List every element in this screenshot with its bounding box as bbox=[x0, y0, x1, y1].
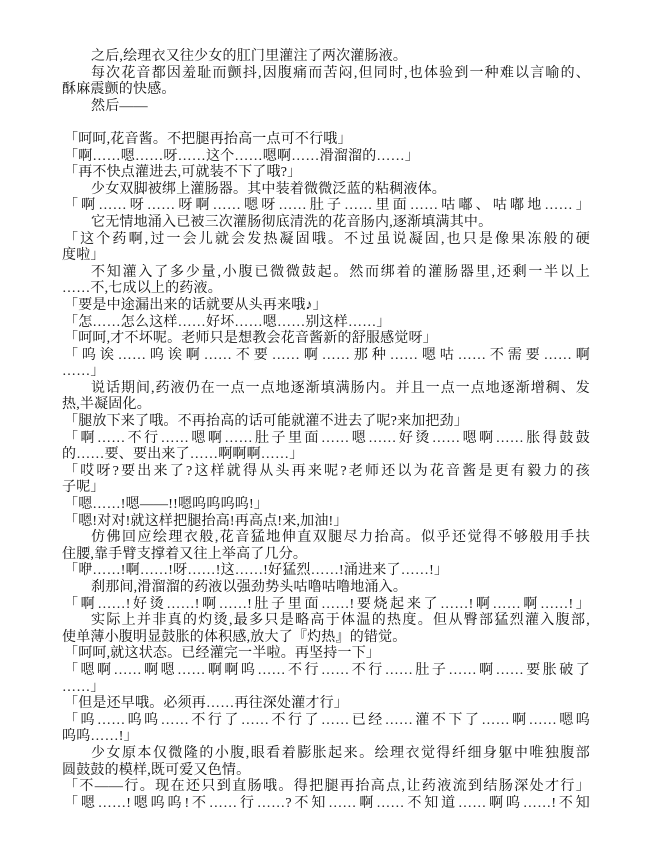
dialogue-line: 「呵呵,就这状态。已经灌完一半啦。再坚持一下」 bbox=[62, 646, 590, 663]
narration-line: ……不,七成以上的药液。 bbox=[62, 281, 590, 298]
dialogue-line: 「腿放下来了哦。不再抬高的话可能就灌不进去了呢?来加把劲」 bbox=[62, 414, 590, 431]
text-block: 之后,绘理衣又往少女的肛门里灌注了两次灌肠液。每次花音都因羞耻而颤抖,因腹痛而苦… bbox=[62, 49, 590, 812]
narration-line: ……」 bbox=[62, 364, 590, 381]
narration-line: 之后,绘理衣又往少女的肛门里灌注了两次灌肠液。 bbox=[62, 49, 590, 66]
narration-line: 使单薄小腹明显鼓胀的体积感,放大了『灼热』的错觉。 bbox=[62, 630, 590, 647]
dialogue-line: 「呜诶……呜诶啊……不要……啊……那种……嗯咕……不需要……啊 bbox=[62, 348, 590, 365]
dialogue-line: 「但是还早哦。必须再……再往深处灌才行」 bbox=[62, 696, 590, 713]
dialogue-line: 「不——行。现在还只到直肠哦。得把腿再抬高点,让药液流到结肠深处才行」 bbox=[62, 779, 590, 796]
blank-line bbox=[62, 115, 590, 132]
dialogue-line: 「啊……!好烫……!啊……!肚子里面……!要烧起来了……!啊……啊……!」 bbox=[62, 597, 590, 614]
dialogue-line: 「这个药啊,过一会儿就会发热凝固哦。不过虽说凝固,也只是像果冻般的硬 bbox=[62, 232, 590, 249]
narration-line: 圆鼓鼓的模样,既可爱又色情。 bbox=[62, 763, 590, 780]
document-page: 之后,绘理衣又往少女的肛门里灌注了两次灌肠液。每次花音都因羞耻而颤抖,因腹痛而苦… bbox=[0, 0, 650, 850]
dialogue-line: 「再不快点灌进去,可就装不下了哦?」 bbox=[62, 165, 590, 182]
narration-line: 实际上并非真的灼烫,最多只是略高于体温的热度。但从臀部猛烈灌入腹部, bbox=[62, 613, 590, 630]
dialogue-line: 「呵呵,花音酱。不把腿再抬高一点可不行哦」 bbox=[62, 132, 590, 149]
dialogue-line: 「啊……嗯……呀……这个……嗯啊……滑溜溜的……」 bbox=[62, 149, 590, 166]
narration-line: 的……要、要出来了……啊啊啊……」 bbox=[62, 447, 590, 464]
narration-line: 酥麻震颤的快感。 bbox=[62, 82, 590, 99]
dialogue-line: 「嗯!对对!就这样把腿抬高!再高点!来,加油!」 bbox=[62, 514, 590, 531]
narration-line: 它无情地涌入已被三次灌肠彻底清洗的花音肠内,逐渐填满其中。 bbox=[62, 215, 590, 232]
dialogue-line: 「啊……呀……呀啊……嗯呀……肚子……里面……咕嘟、咕嘟地……」 bbox=[62, 198, 590, 215]
narration-line: 仿佛回应绘理衣般,花音猛地伸直双腿尽力抬高。似乎还觉得不够般用手扶 bbox=[62, 530, 590, 547]
narration-line: 少女双脚被绑上灌肠器。其中装着微微泛蓝的粘稠液体。 bbox=[62, 182, 590, 199]
narration-line: 说话期间,药液仍在一点一点地逐渐填满肠内。并且一点一点地逐渐增稠、发 bbox=[62, 381, 590, 398]
dialogue-line: 「嗯啊……啊嗯……啊啊呜……不行……不行……肚子……啊……要胀破了 bbox=[62, 663, 590, 680]
narration-line: 住腰,靠手臂支撑着又往上举高了几分。 bbox=[62, 547, 590, 564]
narration-line: 少女原本仅微隆的小腹,眼看着膨胀起来。绘理衣觉得纤细身躯中唯独腹部 bbox=[62, 746, 590, 763]
dialogue-line: 「怎……怎么这样……好坏……嗯……别这样……」 bbox=[62, 315, 590, 332]
dialogue-line: 「哎呀?要出来了?这样就得从头再来呢?老师还以为花音酱是更有毅力的孩 bbox=[62, 464, 590, 481]
narration-line: 然后—— bbox=[62, 99, 590, 116]
narration-line: ……」 bbox=[62, 680, 590, 697]
narration-line: 度啦」 bbox=[62, 248, 590, 265]
narration-line: 子呢」 bbox=[62, 480, 590, 497]
dialogue-line: 「嗯……!嗯呜呜!不……行……?不知……啊……不知道……啊呜……!不知 bbox=[62, 796, 590, 813]
dialogue-line: 「呜……呜呜……不行了……不行了……已经……灌不下了……啊……嗯呜 bbox=[62, 713, 590, 730]
dialogue-line: 「咿……!啊……!呀……!这……!好猛烈……!涌进来了……!」 bbox=[62, 563, 590, 580]
narration-line: 每次花音都因羞耻而颤抖,因腹痛而苦闷,但同时,也体验到一种难以言喻的、 bbox=[62, 66, 590, 83]
narration-line: 刹那间,滑溜溜的药液以强劲势头咕噜咕噜地涌入。 bbox=[62, 580, 590, 597]
dialogue-line: 「要是中途漏出来的话就要从头再来哦♪」 bbox=[62, 298, 590, 315]
narration-line: 不知灌入了多少量,小腹已微微鼓起。然而绑着的灌肠器里,还剩一半以上 bbox=[62, 265, 590, 282]
dialogue-line: 「呵呵,才不坏呢。老师只是想教会花音酱新的舒服感觉呀」 bbox=[62, 331, 590, 348]
dialogue-line: 「啊……不行……嗯啊……肚子里面……嗯……好烫……嗯啊……胀得鼓鼓 bbox=[62, 431, 590, 448]
narration-line: 呜呜……!」 bbox=[62, 729, 590, 746]
dialogue-line: 「嗯……!嗯——!!嗯呜呜呜呜!」 bbox=[62, 497, 590, 514]
narration-line: 热,半凝固化。 bbox=[62, 397, 590, 414]
